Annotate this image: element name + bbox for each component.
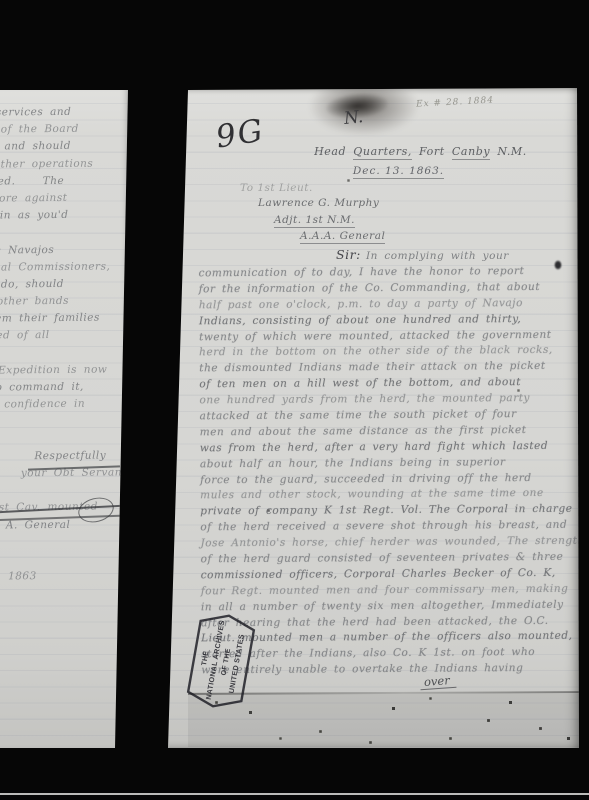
handwriting-line: 1863 [0,567,142,586]
handwriting-line: crippled. The [0,172,139,191]
handwriting-line: with other bands [0,292,140,311]
letterhead-line: Head Quarters, Fort Canby N.M. [278,145,563,158]
document-scan: your services andproof of the BoardDepot… [0,0,589,800]
salutation: Sir: [336,247,361,262]
file-mark: 9G [213,112,267,155]
date-text: Dec. 13. 1863. [353,165,444,179]
letterhead-quarters: Quarters, [353,145,412,160]
handwriting-line: how other operations [0,155,138,174]
handwriting-line: your services and [0,103,138,122]
handwriting-line: every confidence in [0,395,141,414]
handwriting-line: Redondo, should [0,275,140,294]
left-page-content: your services andproof of the BoardDepot… [0,90,130,747]
scan-bottom-edge [0,793,589,795]
archival-pencil-note: Ex # 28. 1884 [416,92,556,109]
main-page: Ex # 28. 1884 N. 9G Head Quarters, Fort … [165,88,581,749]
letterhead-fort-name: Canby [452,145,490,160]
handwriting-line [0,344,140,363]
letter-body: communication of to day, I have the hono… [199,264,572,680]
handwriting-line [0,430,141,449]
address-name-line: Lawrence G. Murphy [258,197,379,209]
body-intro-line: Sir:In complying with your [336,247,509,262]
handwriting-line [0,533,142,552]
address-role-line: A.A.A. General [300,230,385,244]
handwriting-line: ted to command it, [0,378,140,397]
handwriting-line: h it [0,413,141,432]
address-unit-line: Adjt. 1st N.M. [274,214,355,228]
left-page-text: your services andproof of the BoardDepot… [0,103,142,586]
handwriting-line [0,224,139,243]
over-note: over [420,673,457,690]
intro-text: In complying with your [366,250,509,262]
handwriting-line: to them their families [0,309,140,328]
handwriting-line: to the Navajos [0,241,139,260]
letterhead-mid: Fort [412,145,452,158]
letterhead-pre: Head [314,145,353,158]
handwriting-line: them in as you'd [0,206,139,225]
handwriting-line: Respectfully [0,447,141,466]
handwriting-line: were entirely unable to overtake the Ind… [201,661,571,679]
handwriting-line [0,481,141,500]
letterhead-post: N.M. [490,145,527,158]
handwriting-line: Depot and should [0,138,138,157]
document-letter-mark: N. [343,107,364,129]
main-page-content: Ex # 28. 1884 N. 9G Head Quarters, Fort … [188,90,580,747]
handwriting-line: proof of the Board [0,120,138,139]
paper-specks [188,90,189,91]
handwriting-line [0,550,142,569]
bottom-shade [188,694,580,747]
handwriting-line: your Expedition is now [0,361,140,380]
left-page: your services andproof of the BoardDepot… [0,88,130,749]
address-to-line: To 1st Lieut. [240,182,313,194]
handwriting-line: national Commissioners, [0,258,139,277]
handwriting-line: assured of all [0,327,140,346]
date-line: Dec. 13. 1863. [316,165,481,177]
handwriting-line: therefore against [0,189,139,208]
